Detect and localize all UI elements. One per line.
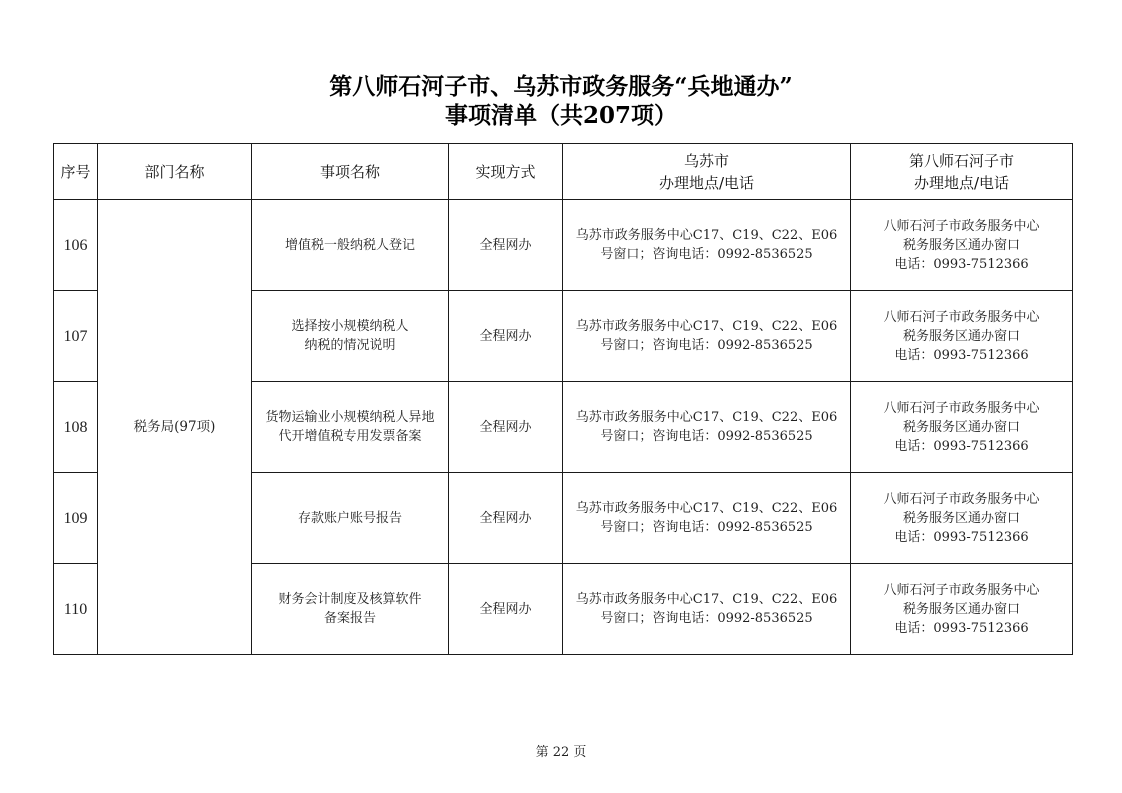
item-name-cell: 财务会计制度及核算软件 备案报告 [252, 564, 449, 655]
method-cell: 全程网办 [449, 200, 563, 291]
shihezi-line: 八师石河子市政务服务中心 [853, 490, 1070, 509]
row-index: 109 [54, 473, 98, 564]
header-department: 部门名称 [98, 144, 252, 200]
header-shihezi-location: 第八师石河子市 办理地点/电话 [851, 144, 1073, 200]
shihezi-line: 八师石河子市政务服务中心 [853, 581, 1070, 600]
wusu-location-cell: 乌苏市政务服务中心C17、C19、C22、E06 号窗口；咨询电话：0992-8… [563, 382, 851, 473]
item-name-cell: 货物运输业小规模纳税人异地 代开增值税专用发票备案 [252, 382, 449, 473]
item-name-line: 纳税的情况说明 [254, 336, 446, 355]
document-title-line1: 第八师石河子市、乌苏市政务服务“兵地通办” [0, 72, 1122, 102]
shihezi-line: 税务服务区通办窗口 [853, 327, 1070, 346]
shihezi-line: 税务服务区通办窗口 [853, 509, 1070, 528]
wusu-location-cell: 乌苏市政务服务中心C17、C19、C22、E06 号窗口；咨询电话：0992-8… [563, 291, 851, 382]
department-cell: 税务局(97项) [98, 200, 252, 655]
wusu-location-cell: 乌苏市政务服务中心C17、C19、C22、E06 号窗口；咨询电话：0992-8… [563, 200, 851, 291]
shihezi-location-cell: 八师石河子市政务服务中心 税务服务区通办窗口 电话：0993-7512366 [851, 200, 1073, 291]
item-name-cell: 存款账户账号报告 [252, 473, 449, 564]
shihezi-line: 电话：0993-7512366 [853, 528, 1070, 547]
shihezi-location-cell: 八师石河子市政务服务中心 税务服务区通办窗口 电话：0993-7512366 [851, 564, 1073, 655]
header-shihezi-line: 办理地点/电话 [853, 172, 1070, 194]
wusu-line: 号窗口；咨询电话：0992-8536525 [565, 336, 848, 355]
method-cell: 全程网办 [449, 564, 563, 655]
header-wusu-line: 乌苏市 [565, 150, 848, 172]
row-index: 108 [54, 382, 98, 473]
row-index: 106 [54, 200, 98, 291]
row-index: 110 [54, 564, 98, 655]
service-items-table: 序号 部门名称 事项名称 实现方式 乌苏市 办理地点/电话 第八师石河子市 办理… [53, 143, 1073, 655]
wusu-line: 乌苏市政务服务中心C17、C19、C22、E06 [565, 317, 848, 336]
item-name-line: 财务会计制度及核算软件 [254, 590, 446, 609]
method-cell: 全程网办 [449, 291, 563, 382]
item-name-line: 货物运输业小规模纳税人异地 [254, 408, 446, 427]
item-name-cell: 选择按小规模纳税人 纳税的情况说明 [252, 291, 449, 382]
item-name-cell: 增值税一般纳税人登记 [252, 200, 449, 291]
table-row: 106 税务局(97项) 增值税一般纳税人登记 全程网办 乌苏市政务服务中心C1… [54, 200, 1073, 291]
header-shihezi-line: 第八师石河子市 [853, 150, 1070, 172]
wusu-line: 号窗口；咨询电话：0992-8536525 [565, 245, 848, 264]
wusu-line: 乌苏市政务服务中心C17、C19、C22、E06 [565, 590, 848, 609]
header-index: 序号 [54, 144, 98, 200]
wusu-line: 乌苏市政务服务中心C17、C19、C22、E06 [565, 499, 848, 518]
header-wusu-location: 乌苏市 办理地点/电话 [563, 144, 851, 200]
shihezi-location-cell: 八师石河子市政务服务中心 税务服务区通办窗口 电话：0993-7512366 [851, 473, 1073, 564]
item-name-line: 增值税一般纳税人登记 [254, 236, 446, 255]
shihezi-line: 税务服务区通办窗口 [853, 418, 1070, 437]
item-name-line: 选择按小规模纳税人 [254, 317, 446, 336]
wusu-location-cell: 乌苏市政务服务中心C17、C19、C22、E06 号窗口；咨询电话：0992-8… [563, 564, 851, 655]
item-name-line: 存款账户账号报告 [254, 509, 446, 528]
shihezi-line: 电话：0993-7512366 [853, 346, 1070, 365]
shihezi-line: 税务服务区通办窗口 [853, 236, 1070, 255]
table-header-row: 序号 部门名称 事项名称 实现方式 乌苏市 办理地点/电话 第八师石河子市 办理… [54, 144, 1073, 200]
method-cell: 全程网办 [449, 382, 563, 473]
wusu-line: 号窗口；咨询电话：0992-8536525 [565, 518, 848, 537]
shihezi-line: 八师石河子市政务服务中心 [853, 399, 1070, 418]
shihezi-location-cell: 八师石河子市政务服务中心 税务服务区通办窗口 电话：0993-7512366 [851, 291, 1073, 382]
wusu-line: 号窗口；咨询电话：0992-8536525 [565, 427, 848, 446]
header-method: 实现方式 [449, 144, 563, 200]
header-wusu-line: 办理地点/电话 [565, 172, 848, 194]
item-name-line: 代开增值税专用发票备案 [254, 427, 446, 446]
row-index: 107 [54, 291, 98, 382]
shihezi-line: 税务服务区通办窗口 [853, 600, 1070, 619]
wusu-line: 乌苏市政务服务中心C17、C19、C22、E06 [565, 408, 848, 427]
shihezi-line: 电话：0993-7512366 [853, 619, 1070, 638]
shihezi-location-cell: 八师石河子市政务服务中心 税务服务区通办窗口 电话：0993-7512366 [851, 382, 1073, 473]
header-item-name: 事项名称 [252, 144, 449, 200]
page-number: 第 22 页 [0, 741, 1122, 760]
wusu-line: 号窗口；咨询电话：0992-8536525 [565, 609, 848, 628]
shihezi-line: 电话：0993-7512366 [853, 255, 1070, 274]
shihezi-line: 八师石河子市政务服务中心 [853, 217, 1070, 236]
method-cell: 全程网办 [449, 473, 563, 564]
shihezi-line: 电话：0993-7512366 [853, 437, 1070, 456]
wusu-line: 乌苏市政务服务中心C17、C19、C22、E06 [565, 226, 848, 245]
document-title-line2: 事项清单（共207项） [0, 101, 1122, 131]
shihezi-line: 八师石河子市政务服务中心 [853, 308, 1070, 327]
item-name-line: 备案报告 [254, 609, 446, 628]
wusu-location-cell: 乌苏市政务服务中心C17、C19、C22、E06 号窗口；咨询电话：0992-8… [563, 473, 851, 564]
